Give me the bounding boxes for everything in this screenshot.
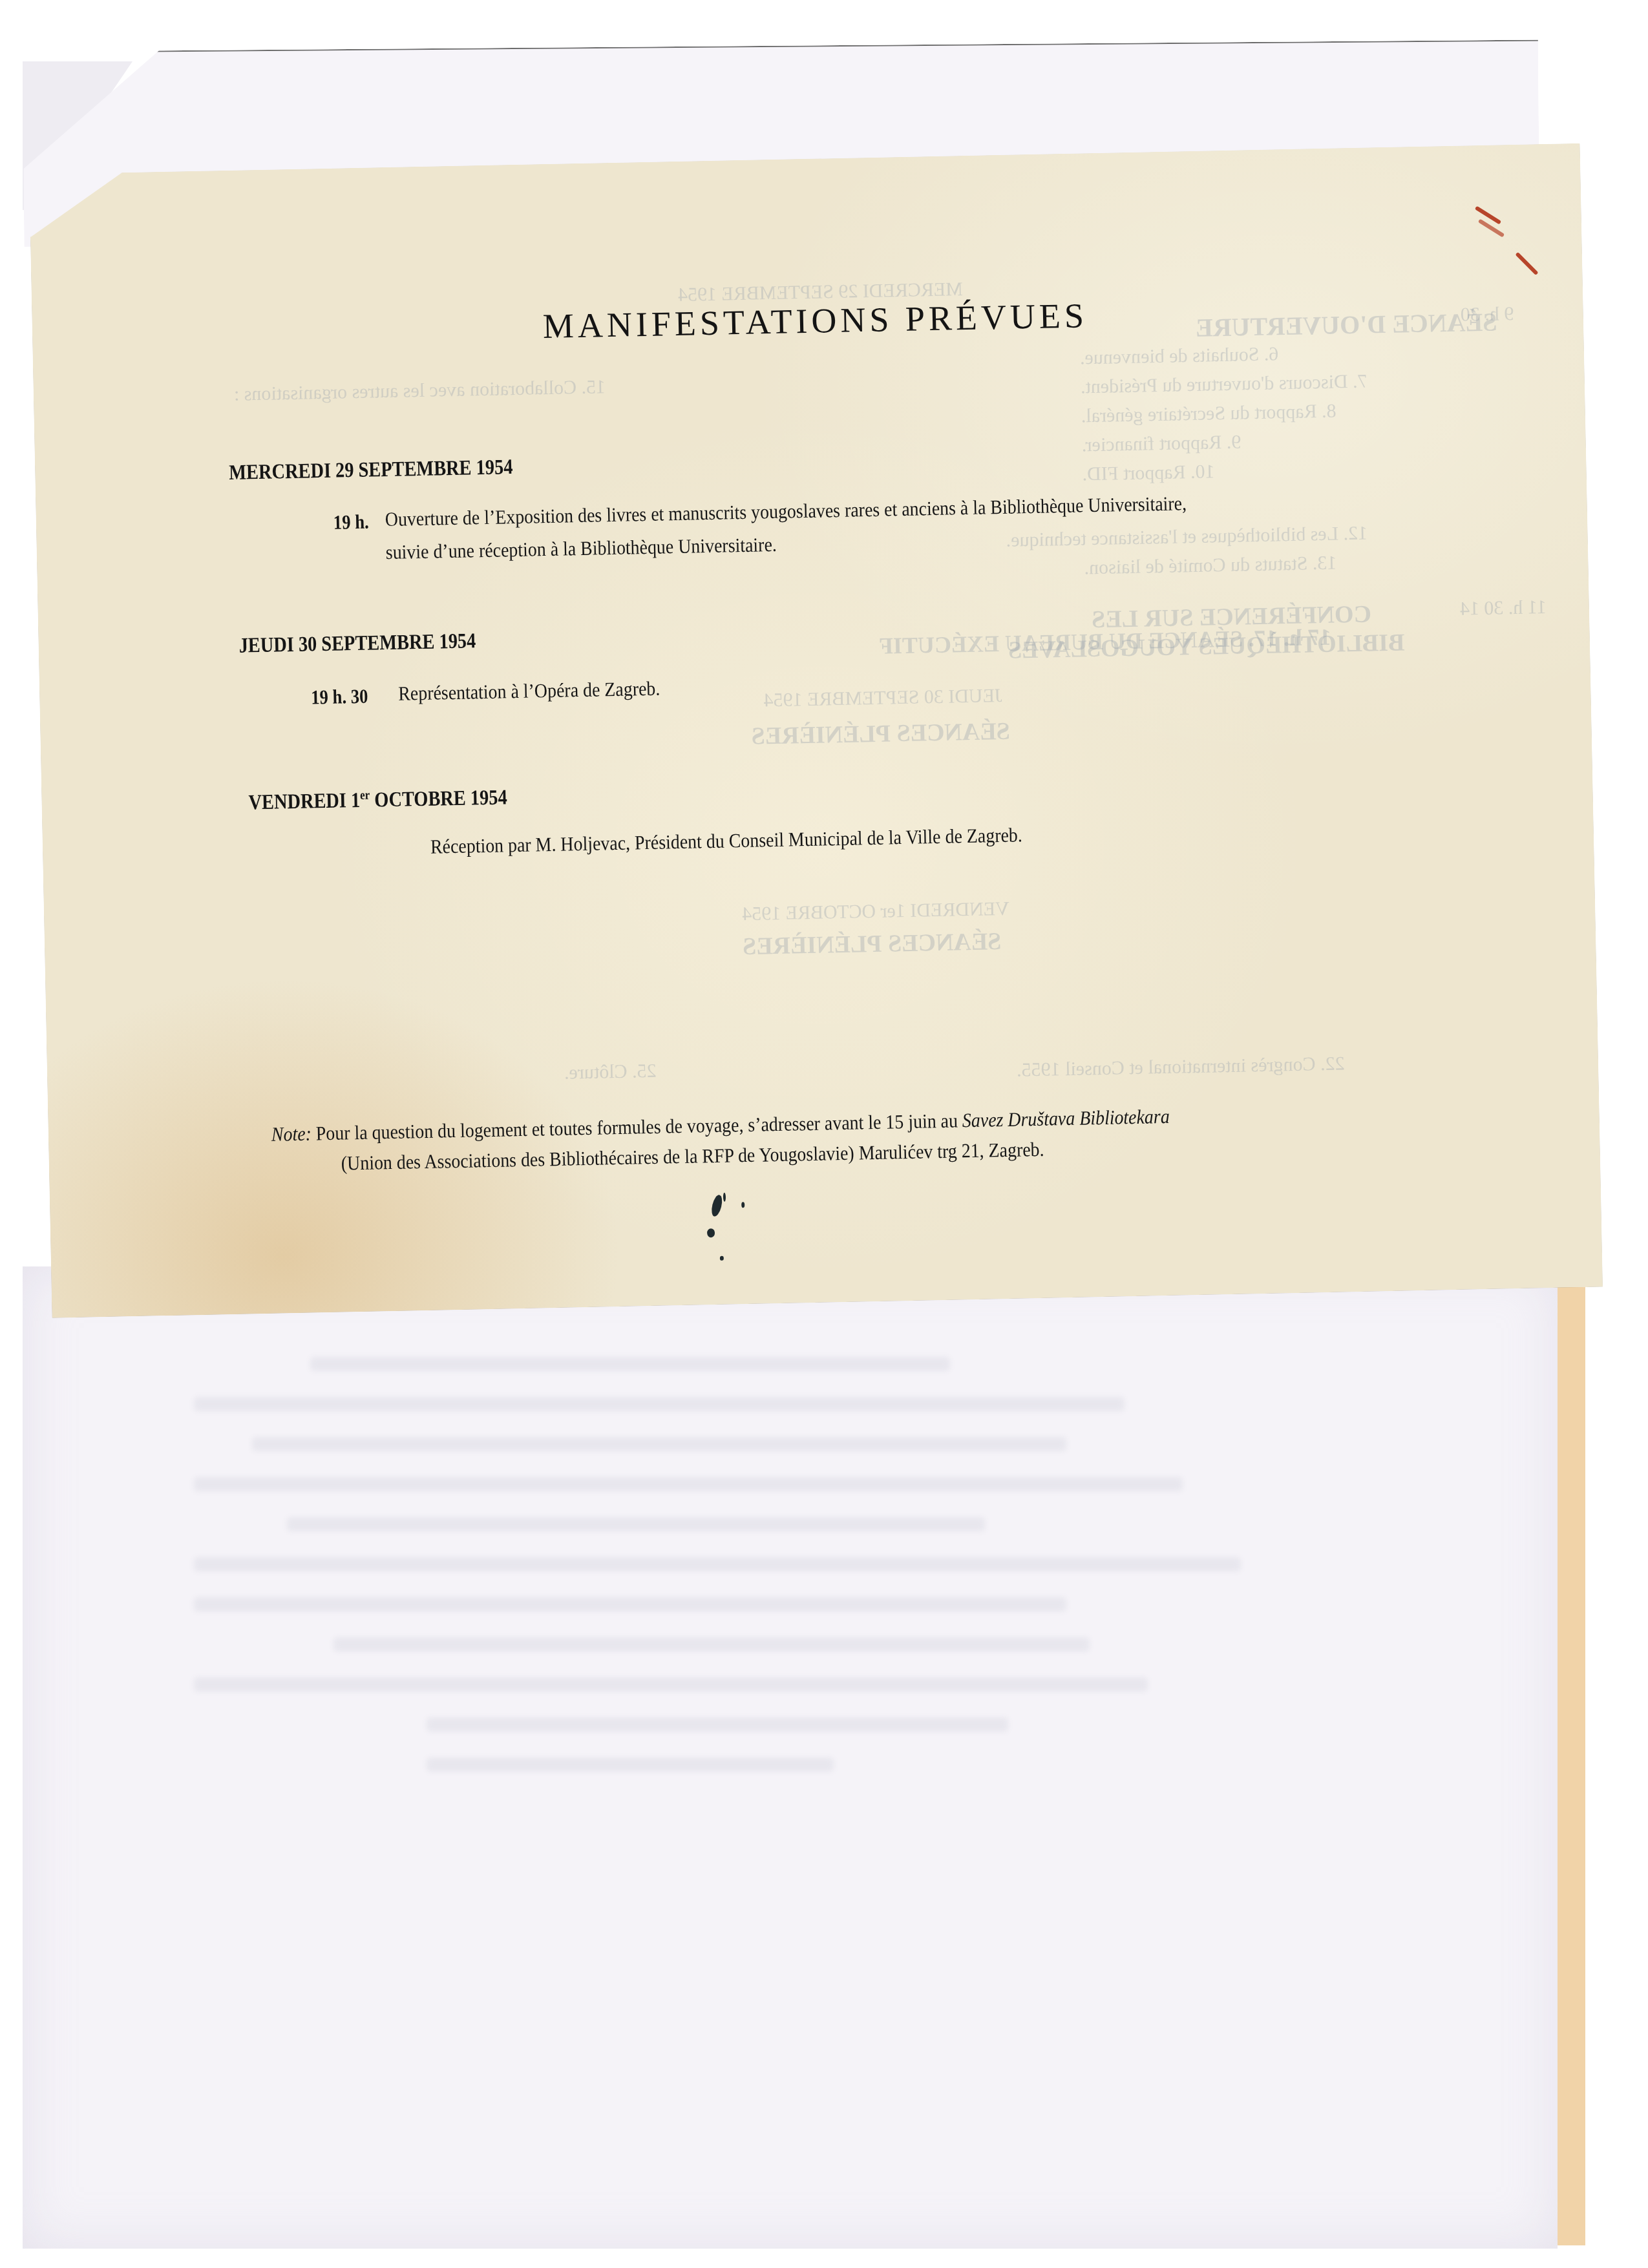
show-through-line: 7. Discours d'ouverture du Président. (1081, 371, 1368, 399)
show-through-line: 12. Les bibliothèques et l'assistance te… (1006, 523, 1368, 552)
event-description-line: Ouverture de l’Exposition des livres et … (385, 492, 1187, 531)
ink-blot (723, 1193, 726, 1202)
show-through-text-lower-sheet (194, 1357, 1357, 2068)
show-through-heading: VENDREDI 1er OCTOBRE 1954 (742, 898, 1009, 925)
note-organisation: Savez Društava Bibliotekara (962, 1105, 1170, 1131)
show-through-line: 25. Clôture. (564, 1060, 657, 1084)
show-through-line: 9. Rapport financier. (1081, 431, 1241, 456)
ink-blot (720, 1256, 724, 1261)
show-through-heading: JEUDI 30 SEPTEMBRE 1954 (763, 685, 1002, 711)
show-through-time: 9 h. 30 (1460, 303, 1514, 326)
note-line-2: (Union des Associations des Bibliothécai… (341, 1138, 1044, 1175)
event-time: 19 h. 30 (311, 685, 368, 709)
event-day-ordinal: er (360, 788, 370, 803)
show-through-line: 15. Collaboration avec les autres organi… (234, 376, 606, 406)
show-through-line: 6. Souhaits de bienvenue. (1080, 343, 1279, 369)
underlying-peach-sheet (1554, 1231, 1585, 2245)
event-day-heading: JEUDI 30 SEPTEMBRE 1954 (238, 629, 476, 658)
ink-blot (741, 1202, 745, 1208)
event-day-prefix: VENDREDI 1 (248, 789, 360, 814)
note-label: Note: (271, 1122, 312, 1146)
show-through-line: 13. Statuts du Comité de liaison. (1084, 552, 1336, 580)
show-through-heading: SÉANCES PLÉNIÈRES (743, 927, 1002, 961)
show-through-time: 11 h. 30 14 (1460, 596, 1547, 620)
event-day-suffix: OCTOBRE 1954 (370, 786, 507, 812)
show-through-line: 8. Rapport du Secrétaire général. (1081, 400, 1336, 427)
staple-icon (1515, 252, 1538, 275)
event-time: 19 h. (333, 510, 370, 534)
document-title: MANIFESTATIONS PRÉVUES (542, 295, 1088, 346)
show-through-heading: SÉANCE D'OUVERTURE (1196, 306, 1497, 342)
show-through-heading: SÉANCES PLÉNIÈRES (751, 717, 1010, 751)
event-day-heading: VENDREDI 1er OCTOBRE 1954 (248, 785, 507, 815)
ink-blot (710, 1194, 724, 1217)
show-through-line: 22. Congrès international et Conseil 195… (1017, 1053, 1345, 1081)
event-day-heading: MERCREDI 29 SEPTEMBRE 1954 (229, 456, 513, 485)
staple-tear (1441, 194, 1583, 297)
event-description-line: suivie d’une réception à la Bibliothèque… (385, 533, 777, 564)
leaflet-manifestations-prevues: MERCREDI 29 SEPTEMBRE 1954 SÉANCE D'OUVE… (29, 143, 1603, 1318)
note-text: Pour la question du logement et toutes f… (315, 1109, 962, 1144)
event-description-line: Réception par M. Holjevac, Président du … (430, 823, 1022, 858)
ink-blot (707, 1228, 715, 1237)
event-description-line: Représentation à l’Opéra de Zagreb. (398, 677, 660, 706)
show-through-line: 10. Rapport FID. (1082, 461, 1215, 485)
